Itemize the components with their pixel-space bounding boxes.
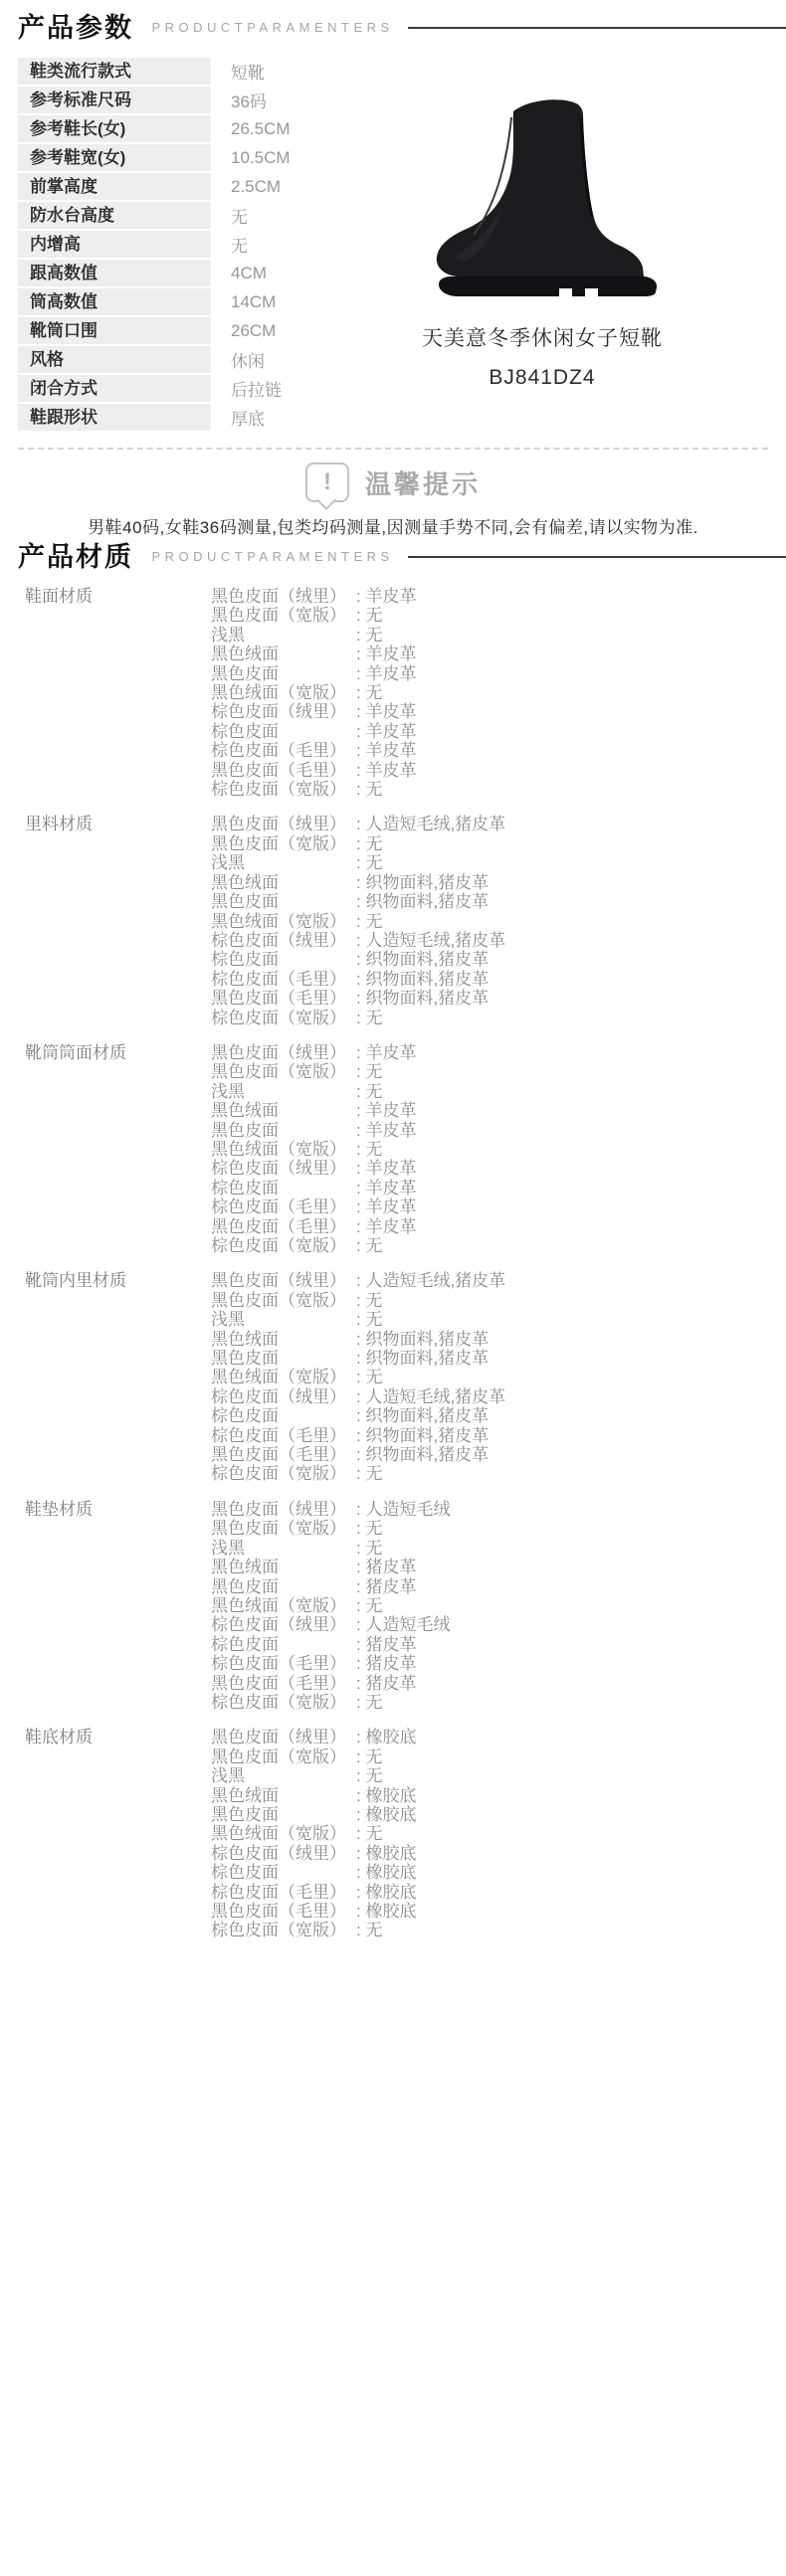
material-variant: 黑色绒面 [211, 1558, 356, 1576]
material-variant: 棕色皮面（毛里） [211, 970, 356, 989]
material-value: 羊皮革 [356, 722, 416, 741]
materials-list: 鞋面材质黑色皮面（绒里）羊皮革黑色皮面（宽版）无浅黑无黑色绒面羊皮革黑色皮面羊皮… [25, 587, 771, 1956]
material-variant: 黑色皮面 [211, 1577, 356, 1596]
spec-label: 风格 [18, 346, 211, 373]
material-variant: 棕色皮面（宽版） [211, 1236, 356, 1255]
material-value: 猪皮革 [356, 1674, 416, 1693]
spec-value: 26CM [231, 321, 276, 341]
material-variant: 棕色皮面（宽版） [211, 1921, 356, 1939]
material-line: 棕色皮面（绒里）人造短毛绒,猪皮革 [211, 931, 771, 950]
material-variant: 浅黑 [211, 626, 356, 644]
material-line: 黑色皮面（绒里）人造短毛绒 [211, 1500, 771, 1519]
product-title: 天美意冬季休闲女子短靴 [398, 322, 687, 352]
material-line: 棕色皮面（毛里）橡胶底 [211, 1883, 771, 1902]
material-line: 黑色皮面（宽版）无 [211, 1748, 771, 1766]
material-block-label: 靴筒内里材质 [25, 1271, 211, 1483]
header-rule-line [408, 27, 786, 29]
material-variant: 黑色皮面（绒里） [211, 1271, 356, 1290]
material-value: 橡胶底 [356, 1805, 416, 1824]
material-variant: 黑色皮面（绒里） [211, 815, 356, 833]
material-line: 黑色绒面（宽版）无 [211, 1368, 771, 1386]
material-variant: 黑色皮面（毛里） [211, 1674, 356, 1693]
material-variant: 黑色绒面（宽版） [211, 1368, 356, 1386]
boot-product-photo [422, 95, 663, 300]
material-variant: 黑色皮面（宽版） [211, 834, 356, 853]
material-variant: 黑色皮面 [211, 1805, 356, 1824]
material-line: 黑色皮面（绒里）橡胶底 [211, 1728, 771, 1747]
material-value: 羊皮革 [356, 1043, 416, 1062]
material-value: 羊皮革 [356, 741, 416, 760]
material-value: 猪皮革 [356, 1558, 416, 1576]
material-value: 羊皮革 [356, 587, 416, 606]
spec-row: 闭合方式后拉链 [18, 375, 391, 402]
material-value: 人造短毛绒,猪皮革 [356, 815, 505, 833]
material-variant: 黑色皮面（宽版） [211, 1519, 356, 1538]
material-value: 织物面料,猪皮革 [356, 1426, 489, 1445]
material-line: 棕色皮面（毛里）猪皮革 [211, 1654, 771, 1673]
material-line: 黑色绒面织物面料,猪皮革 [211, 1330, 771, 1349]
material-value: 羊皮革 [356, 702, 416, 721]
material-line: 黑色皮面橡胶底 [211, 1805, 771, 1824]
material-lines: 黑色皮面（绒里）人造短毛绒,猪皮革黑色皮面（宽版）无浅黑无黑色绒面织物面料,猪皮… [211, 1271, 771, 1483]
spec-value: 休闲 [231, 347, 265, 372]
spec-label: 筒高数值 [18, 288, 211, 315]
material-line: 黑色皮面羊皮革 [211, 664, 771, 683]
material-variant: 棕色皮面 [211, 1179, 356, 1197]
material-line: 棕色皮面橡胶底 [211, 1863, 771, 1882]
material-variant: 棕色皮面（宽版） [211, 1693, 356, 1712]
spec-row: 参考标准尺码36码 [18, 87, 391, 113]
material-value: 猪皮革 [356, 1635, 416, 1654]
material-line: 棕色皮面（宽版）无 [211, 1921, 771, 1939]
material-value: 人造短毛绒 [356, 1615, 450, 1634]
material-variant: 黑色皮面（毛里） [211, 1217, 356, 1236]
material-line: 黑色皮面（毛里）织物面料,猪皮革 [211, 1445, 771, 1464]
spec-row: 参考鞋长(女)26.5CM [18, 115, 391, 142]
exclamation-bubble-icon: ! [305, 462, 349, 502]
material-value: 羊皮革 [356, 1101, 416, 1120]
material-value: 无 [356, 1596, 382, 1615]
material-value: 羊皮革 [356, 644, 416, 663]
material-value: 无 [356, 834, 382, 853]
material-variant: 浅黑 [211, 1539, 356, 1558]
material-block: 里料材质黑色皮面（绒里）人造短毛绒,猪皮革黑色皮面（宽版）无浅黑无黑色绒面织物面… [25, 815, 771, 1026]
spec-label: 内增高 [18, 231, 211, 258]
material-variant: 棕色皮面 [211, 722, 356, 741]
material-value: 无 [356, 1464, 382, 1483]
material-variant: 黑色绒面（宽版） [211, 912, 356, 931]
material-value: 织物面料,猪皮革 [356, 989, 489, 1008]
material-variant: 黑色皮面（宽版） [211, 1291, 356, 1310]
spec-label: 鞋类流行款式 [18, 58, 211, 85]
material-variant: 黑色绒面（宽版） [211, 1140, 356, 1159]
material-value: 橡胶底 [356, 1786, 416, 1805]
material-variant: 黑色皮面（宽版） [211, 1062, 356, 1081]
material-value: 羊皮革 [356, 1121, 416, 1140]
material-variant: 棕色皮面（绒里） [211, 702, 356, 721]
material-variant: 黑色皮面（绒里） [211, 1728, 356, 1747]
material-value: 无 [356, 606, 382, 625]
material-variant: 棕色皮面（宽版） [211, 1464, 356, 1483]
material-variant: 棕色皮面（毛里） [211, 741, 356, 760]
material-value: 羊皮革 [356, 1217, 416, 1236]
material-variant: 棕色皮面（绒里） [211, 931, 356, 950]
material-line: 黑色绒面羊皮革 [211, 644, 771, 663]
material-block: 靴筒内里材质黑色皮面（绒里）人造短毛绒,猪皮革黑色皮面（宽版）无浅黑无黑色绒面织… [25, 1271, 771, 1483]
material-line: 棕色皮面（宽版）无 [211, 1464, 771, 1483]
material-variant: 棕色皮面（宽版） [211, 780, 356, 799]
material-line: 黑色绒面（宽版）无 [211, 683, 771, 702]
material-variant: 黑色皮面（绒里） [211, 587, 356, 606]
material-line: 棕色皮面（宽版）无 [211, 1236, 771, 1255]
spec-value: 2.5CM [231, 177, 281, 197]
spec-label: 参考标准尺码 [18, 87, 211, 113]
material-value: 无 [356, 683, 382, 702]
material-block-label: 里料材质 [25, 815, 211, 1026]
spec-row: 风格休闲 [18, 346, 391, 373]
material-value: 无 [356, 1766, 382, 1785]
material-value: 橡胶底 [356, 1902, 416, 1921]
material-value: 羊皮革 [356, 1159, 416, 1178]
material-lines: 黑色皮面（绒里）人造短毛绒,猪皮革黑色皮面（宽版）无浅黑无黑色绒面织物面料,猪皮… [211, 815, 771, 1026]
material-line: 黑色皮面（毛里）橡胶底 [211, 1902, 771, 1921]
material-block: 鞋垫材质黑色皮面（绒里）人造短毛绒黑色皮面（宽版）无浅黑无黑色绒面猪皮革黑色皮面… [25, 1500, 771, 1712]
material-value: 无 [356, 1748, 382, 1766]
material-value: 织物面料,猪皮革 [356, 1445, 489, 1464]
material-line: 棕色皮面羊皮革 [211, 722, 771, 741]
tips-title: 温馨提示 [365, 464, 481, 501]
material-line: 黑色皮面羊皮革 [211, 1121, 771, 1140]
material-line: 棕色皮面（绒里）人造短毛绒 [211, 1615, 771, 1634]
material-variant: 棕色皮面 [211, 1863, 356, 1882]
header-rule-line [408, 556, 786, 558]
material-line: 黑色皮面（宽版）无 [211, 606, 771, 625]
material-value: 无 [356, 1921, 382, 1939]
material-value: 无 [356, 1693, 382, 1712]
spec-value: 36码 [231, 88, 267, 112]
material-line: 黑色皮面（绒里）羊皮革 [211, 587, 771, 606]
material-variant: 棕色皮面（绒里） [211, 1615, 356, 1634]
spec-label: 靴筒口围 [18, 317, 211, 344]
material-variant: 棕色皮面（毛里） [211, 1654, 356, 1673]
material-line: 棕色皮面（宽版）无 [211, 1009, 771, 1027]
material-variant: 黑色绒面（宽版） [211, 1596, 356, 1615]
material-line: 黑色皮面（毛里）羊皮革 [211, 1217, 771, 1236]
material-value: 羊皮革 [356, 1179, 416, 1197]
material-value: 人造短毛绒,猪皮革 [356, 1387, 505, 1406]
material-variant: 棕色皮面 [211, 1406, 356, 1425]
material-line: 黑色绒面（宽版）无 [211, 1824, 771, 1843]
material-line: 棕色皮面（绒里）羊皮革 [211, 702, 771, 721]
material-value: 羊皮革 [356, 1197, 416, 1216]
material-line: 棕色皮面（宽版）无 [211, 1693, 771, 1712]
material-variant: 黑色绒面 [211, 1786, 356, 1805]
spec-value: 厚底 [231, 405, 265, 430]
material-variant: 黑色皮面（绒里） [211, 1043, 356, 1062]
material-line: 棕色皮面织物面料,猪皮革 [211, 1406, 771, 1425]
material-value: 无 [356, 1519, 382, 1538]
material-line: 黑色皮面（宽版）无 [211, 834, 771, 853]
material-line: 棕色皮面（毛里）织物面料,猪皮革 [211, 970, 771, 989]
material-variant: 黑色皮面（毛里） [211, 1902, 356, 1921]
material-variant: 黑色绒面 [211, 644, 356, 663]
spec-row: 前掌高度2.5CM [18, 173, 391, 200]
material-value: 人造短毛绒 [356, 1500, 450, 1519]
section-header-materials: 产品材质 PRODUCTPARAMENTERS [18, 535, 774, 575]
material-variant: 黑色皮面 [211, 1349, 356, 1368]
material-line: 棕色皮面（毛里）织物面料,猪皮革 [211, 1426, 771, 1445]
material-value: 羊皮革 [356, 664, 416, 683]
material-line: 黑色皮面织物面料,猪皮革 [211, 1349, 771, 1368]
material-line: 棕色皮面（绒里）橡胶底 [211, 1844, 771, 1863]
tips-header: ! 温馨提示 [18, 460, 768, 505]
material-variant: 黑色绒面 [211, 1101, 356, 1120]
material-line: 浅黑无 [211, 626, 771, 644]
spec-value: 4CM [231, 264, 267, 283]
material-variant: 黑色皮面（毛里） [211, 1445, 356, 1464]
material-line: 浅黑无 [211, 1539, 771, 1558]
spec-label: 参考鞋宽(女) [18, 144, 211, 171]
material-value: 织物面料,猪皮革 [356, 892, 489, 911]
material-line: 黑色绒面猪皮革 [211, 1558, 771, 1576]
material-variant: 棕色皮面（绒里） [211, 1159, 356, 1178]
section-subtitle: PRODUCTPARAMENTERS [151, 549, 393, 564]
material-block-label: 鞋垫材质 [25, 1500, 211, 1712]
material-variant: 黑色绒面（宽版） [211, 683, 356, 702]
material-variant: 黑色皮面 [211, 1121, 356, 1140]
material-line: 黑色皮面织物面料,猪皮革 [211, 892, 771, 911]
spec-value: 26.5CM [231, 119, 291, 139]
spec-value: 14CM [231, 292, 276, 312]
spec-value: 短靴 [231, 59, 265, 84]
material-variant: 棕色皮面（宽版） [211, 1009, 356, 1027]
spec-row: 内增高无 [18, 231, 391, 258]
material-variant: 黑色皮面（宽版） [211, 606, 356, 625]
material-value: 无 [356, 912, 382, 931]
material-variant: 黑色绒面 [211, 1330, 356, 1349]
material-line: 黑色绒面织物面料,猪皮革 [211, 873, 771, 892]
material-line: 黑色绒面羊皮革 [211, 1101, 771, 1120]
material-line: 浅黑无 [211, 853, 771, 872]
material-line: 棕色皮面（毛里）羊皮革 [211, 741, 771, 760]
material-block-label: 鞋面材质 [25, 587, 211, 799]
material-value: 织物面料,猪皮革 [356, 1349, 489, 1368]
material-value: 无 [356, 1368, 382, 1386]
material-value: 无 [356, 1082, 382, 1101]
material-value: 猪皮革 [356, 1577, 416, 1596]
material-value: 羊皮革 [356, 761, 416, 780]
material-line: 黑色皮面（宽版）无 [211, 1291, 771, 1310]
material-value: 无 [356, 1062, 382, 1081]
material-value: 织物面料,猪皮革 [356, 1406, 489, 1425]
material-variant: 黑色绒面 [211, 873, 356, 892]
spec-value: 后拉链 [231, 376, 282, 401]
material-line: 黑色皮面（绒里）人造短毛绒,猪皮革 [211, 815, 771, 833]
material-variant: 黑色皮面（毛里） [211, 761, 356, 780]
spec-row: 防水台高度无 [18, 202, 391, 229]
material-value: 无 [356, 1140, 382, 1159]
material-line: 浅黑无 [211, 1766, 771, 1785]
spec-row: 靴筒口围26CM [18, 317, 391, 344]
material-variant: 黑色绒面（宽版） [211, 1824, 356, 1843]
material-block-label: 靴筒筒面材质 [25, 1043, 211, 1255]
material-block: 鞋底材质黑色皮面（绒里）橡胶底黑色皮面（宽版）无浅黑无黑色绒面橡胶底黑色皮面橡胶… [25, 1728, 771, 1939]
spec-value: 10.5CM [231, 148, 291, 168]
material-variant: 棕色皮面 [211, 950, 356, 969]
spec-label: 前掌高度 [18, 173, 211, 200]
product-model-code: BJ841DZ4 [398, 366, 687, 390]
material-line: 黑色皮面（绒里）人造短毛绒,猪皮革 [211, 1271, 771, 1290]
section-title: 产品参数 [18, 6, 133, 45]
spec-label: 跟高数值 [18, 260, 211, 286]
material-variant: 棕色皮面 [211, 1635, 356, 1654]
spec-value: 无 [231, 232, 248, 257]
material-line: 棕色皮面（绒里）羊皮革 [211, 1159, 771, 1178]
spec-table: 鞋类流行款式短靴参考标准尺码36码参考鞋长(女)26.5CM参考鞋宽(女)10.… [18, 58, 391, 433]
material-line: 浅黑无 [211, 1082, 771, 1101]
section-subtitle: PRODUCTPARAMENTERS [151, 20, 393, 35]
spec-label: 鞋跟形状 [18, 404, 211, 431]
spec-label: 闭合方式 [18, 375, 211, 402]
material-variant: 黑色皮面 [211, 664, 356, 683]
material-value: 橡胶底 [356, 1728, 416, 1747]
product-visual: 天美意冬季休闲女子短靴 BJ841DZ4 [398, 95, 687, 390]
material-line: 黑色皮面猪皮革 [211, 1577, 771, 1596]
material-lines: 黑色皮面（绒里）羊皮革黑色皮面（宽版）无浅黑无黑色绒面羊皮革黑色皮面羊皮革黑色绒… [211, 1043, 771, 1255]
material-line: 棕色皮面（绒里）人造短毛绒,猪皮革 [211, 1387, 771, 1406]
material-variant: 黑色皮面 [211, 892, 356, 911]
spec-row: 筒高数值14CM [18, 288, 391, 315]
material-lines: 黑色皮面（绒里）羊皮革黑色皮面（宽版）无浅黑无黑色绒面羊皮革黑色皮面羊皮革黑色绒… [211, 587, 771, 799]
material-value: 织物面料,猪皮革 [356, 1330, 489, 1349]
spec-label: 参考鞋长(女) [18, 115, 211, 142]
material-line: 棕色皮面（毛里）羊皮革 [211, 1197, 771, 1216]
tips-section: ! 温馨提示 男鞋40码,女鞋36码测量,包类均码测量,因测量手势不同,会有偏差… [18, 448, 768, 538]
material-block: 鞋面材质黑色皮面（绒里）羊皮革黑色皮面（宽版）无浅黑无黑色绒面羊皮革黑色皮面羊皮… [25, 587, 771, 799]
material-value: 无 [356, 1236, 382, 1255]
material-value: 无 [356, 1824, 382, 1843]
material-variant: 黑色皮面（宽版） [211, 1748, 356, 1766]
spec-row: 鞋类流行款式短靴 [18, 58, 391, 85]
material-value: 无 [356, 853, 382, 872]
material-line: 浅黑无 [211, 1310, 771, 1329]
material-line: 黑色绒面（宽版）无 [211, 1596, 771, 1615]
spec-label: 防水台高度 [18, 202, 211, 229]
material-value: 无 [356, 626, 382, 644]
material-variant: 棕色皮面（绒里） [211, 1387, 356, 1406]
material-value: 织物面料,猪皮革 [356, 950, 489, 969]
material-line: 棕色皮面猪皮革 [211, 1635, 771, 1654]
material-line: 黑色绒面（宽版）无 [211, 1140, 771, 1159]
material-value: 人造短毛绒,猪皮革 [356, 1271, 505, 1290]
material-variant: 浅黑 [211, 1310, 356, 1329]
material-line: 黑色绒面（宽版）无 [211, 912, 771, 931]
spec-row: 参考鞋宽(女)10.5CM [18, 144, 391, 171]
spec-value: 无 [231, 203, 248, 228]
material-lines: 黑色皮面（绒里）人造短毛绒黑色皮面（宽版）无浅黑无黑色绒面猪皮革黑色皮面猪皮革黑… [211, 1500, 771, 1712]
material-lines: 黑色皮面（绒里）橡胶底黑色皮面（宽版）无浅黑无黑色绒面橡胶底黑色皮面橡胶底黑色绒… [211, 1728, 771, 1939]
material-line: 黑色皮面（绒里）羊皮革 [211, 1043, 771, 1062]
material-value: 橡胶底 [356, 1863, 416, 1882]
material-variant: 黑色皮面（绒里） [211, 1500, 356, 1519]
product-detail-page: { "header1": { "title": "产品参数", "subtitl… [0, 0, 786, 2576]
material-value: 橡胶底 [356, 1844, 416, 1863]
material-variant: 棕色皮面（毛里） [211, 1426, 356, 1445]
material-line: 黑色皮面（毛里）织物面料,猪皮革 [211, 989, 771, 1008]
spec-row: 跟高数值4CM [18, 260, 391, 286]
spec-row: 鞋跟形状厚底 [18, 404, 391, 431]
material-value: 橡胶底 [356, 1883, 416, 1902]
material-variant: 棕色皮面（绒里） [211, 1844, 356, 1863]
material-line: 棕色皮面织物面料,猪皮革 [211, 950, 771, 969]
material-variant: 浅黑 [211, 853, 356, 872]
material-line: 黑色皮面（毛里）猪皮革 [211, 1674, 771, 1693]
material-variant: 棕色皮面（毛里） [211, 1197, 356, 1216]
material-variant: 棕色皮面（毛里） [211, 1883, 356, 1902]
material-line: 黑色皮面（毛里）羊皮革 [211, 761, 771, 780]
material-variant: 黑色皮面（毛里） [211, 989, 356, 1008]
material-value: 无 [356, 1009, 382, 1027]
material-value: 无 [356, 1291, 382, 1310]
material-value: 无 [356, 1310, 382, 1329]
material-value: 织物面料,猪皮革 [356, 873, 489, 892]
material-value: 猪皮革 [356, 1654, 416, 1673]
material-line: 黑色皮面（宽版）无 [211, 1519, 771, 1538]
material-variant: 浅黑 [211, 1082, 356, 1101]
material-line: 黑色皮面（宽版）无 [211, 1062, 771, 1081]
section-header-parameters: 产品参数 PRODUCTPARAMENTERS [18, 6, 774, 46]
material-block: 靴筒筒面材质黑色皮面（绒里）羊皮革黑色皮面（宽版）无浅黑无黑色绒面羊皮革黑色皮面… [25, 1043, 771, 1255]
material-block-label: 鞋底材质 [25, 1728, 211, 1939]
material-line: 棕色皮面羊皮革 [211, 1179, 771, 1197]
material-value: 人造短毛绒,猪皮革 [356, 931, 505, 950]
material-value: 织物面料,猪皮革 [356, 970, 489, 989]
section-title: 产品材质 [18, 535, 133, 574]
material-value: 无 [356, 780, 382, 799]
material-variant: 浅黑 [211, 1766, 356, 1785]
material-line: 黑色绒面橡胶底 [211, 1786, 771, 1805]
material-value: 无 [356, 1539, 382, 1558]
material-line: 棕色皮面（宽版）无 [211, 780, 771, 799]
